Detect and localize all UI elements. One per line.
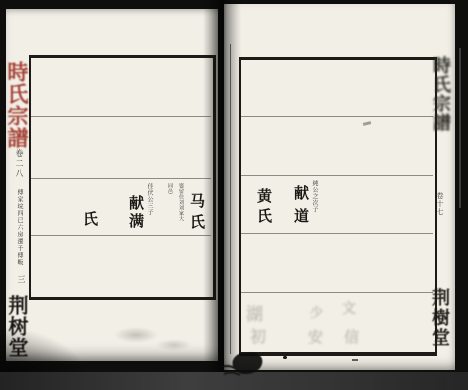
sheet-edge-line xyxy=(230,44,231,354)
left-margin-note: 傅家垸四已六房遷千傅畈 xyxy=(16,189,22,266)
ink-speck xyxy=(283,356,287,359)
page-stain xyxy=(114,327,158,343)
book-scan: 時氏宗譜 卷二八 傅家垸四已六房遷千傅畈 三 荆树堂 马氏 娶留住刘刘家大 同邑… xyxy=(0,0,468,390)
right-row-divider xyxy=(241,292,433,293)
entry-xianman-name: 献满 xyxy=(128,195,143,231)
left-row-divider xyxy=(31,235,211,236)
left-page-number: 三 xyxy=(17,275,25,283)
entry-xianman-note: 佳伏公三子 xyxy=(146,183,152,216)
entry-wife-huang-name: 黄氏 xyxy=(256,188,271,228)
left-row-divider xyxy=(31,178,211,179)
right-page: 純公之次子 献道 黄氏 時氏宗譜 卷十七 荆樹堂 湖 初 少 安 文 信 xyxy=(224,4,455,370)
page-edge-streak xyxy=(459,48,461,208)
ink-smudge xyxy=(218,347,270,381)
bleed-through-text: 少 xyxy=(310,302,323,321)
left-hall-name: 荆树堂 xyxy=(7,295,27,358)
entry-xiandao-name: 献道 xyxy=(293,185,308,231)
right-row-divider xyxy=(241,233,433,234)
right-volume-label: 卷十七 xyxy=(436,192,443,216)
entry-xiandao-note: 純公之次子 xyxy=(311,180,317,213)
bleed-through-text: 初 xyxy=(250,324,266,347)
left-page: 時氏宗譜 卷二八 傅家垸四已六房遷千傅畈 三 荆树堂 马氏 娶留住刘刘家大 同邑… xyxy=(6,9,218,361)
page-stain xyxy=(156,339,192,351)
bleed-through-text: 信 xyxy=(344,326,359,347)
entry-wife-ma-note-right: 娶留住刘刘家大 xyxy=(178,183,183,222)
ink-speck xyxy=(352,359,358,361)
right-row-divider xyxy=(241,175,433,176)
right-margin-title: 時氏宗譜 xyxy=(431,56,449,132)
right-row-divider xyxy=(241,116,433,117)
left-row-divider xyxy=(31,116,211,117)
right-hall-name: 荆樹堂 xyxy=(430,288,448,348)
left-spine-title: 時氏宗譜 xyxy=(6,61,27,149)
bleed-through-text: 湖 xyxy=(246,300,263,325)
left-volume-label: 卷二八 xyxy=(15,149,23,179)
bleed-through-text: 文 xyxy=(342,298,356,318)
bleed-through-text: 安 xyxy=(308,326,323,347)
entry-wife-ma-name: 马氏 xyxy=(189,193,204,235)
entry-shi-name: 氏 xyxy=(82,211,97,226)
entry-wife-ma-note-left: 同邑 xyxy=(167,183,172,194)
